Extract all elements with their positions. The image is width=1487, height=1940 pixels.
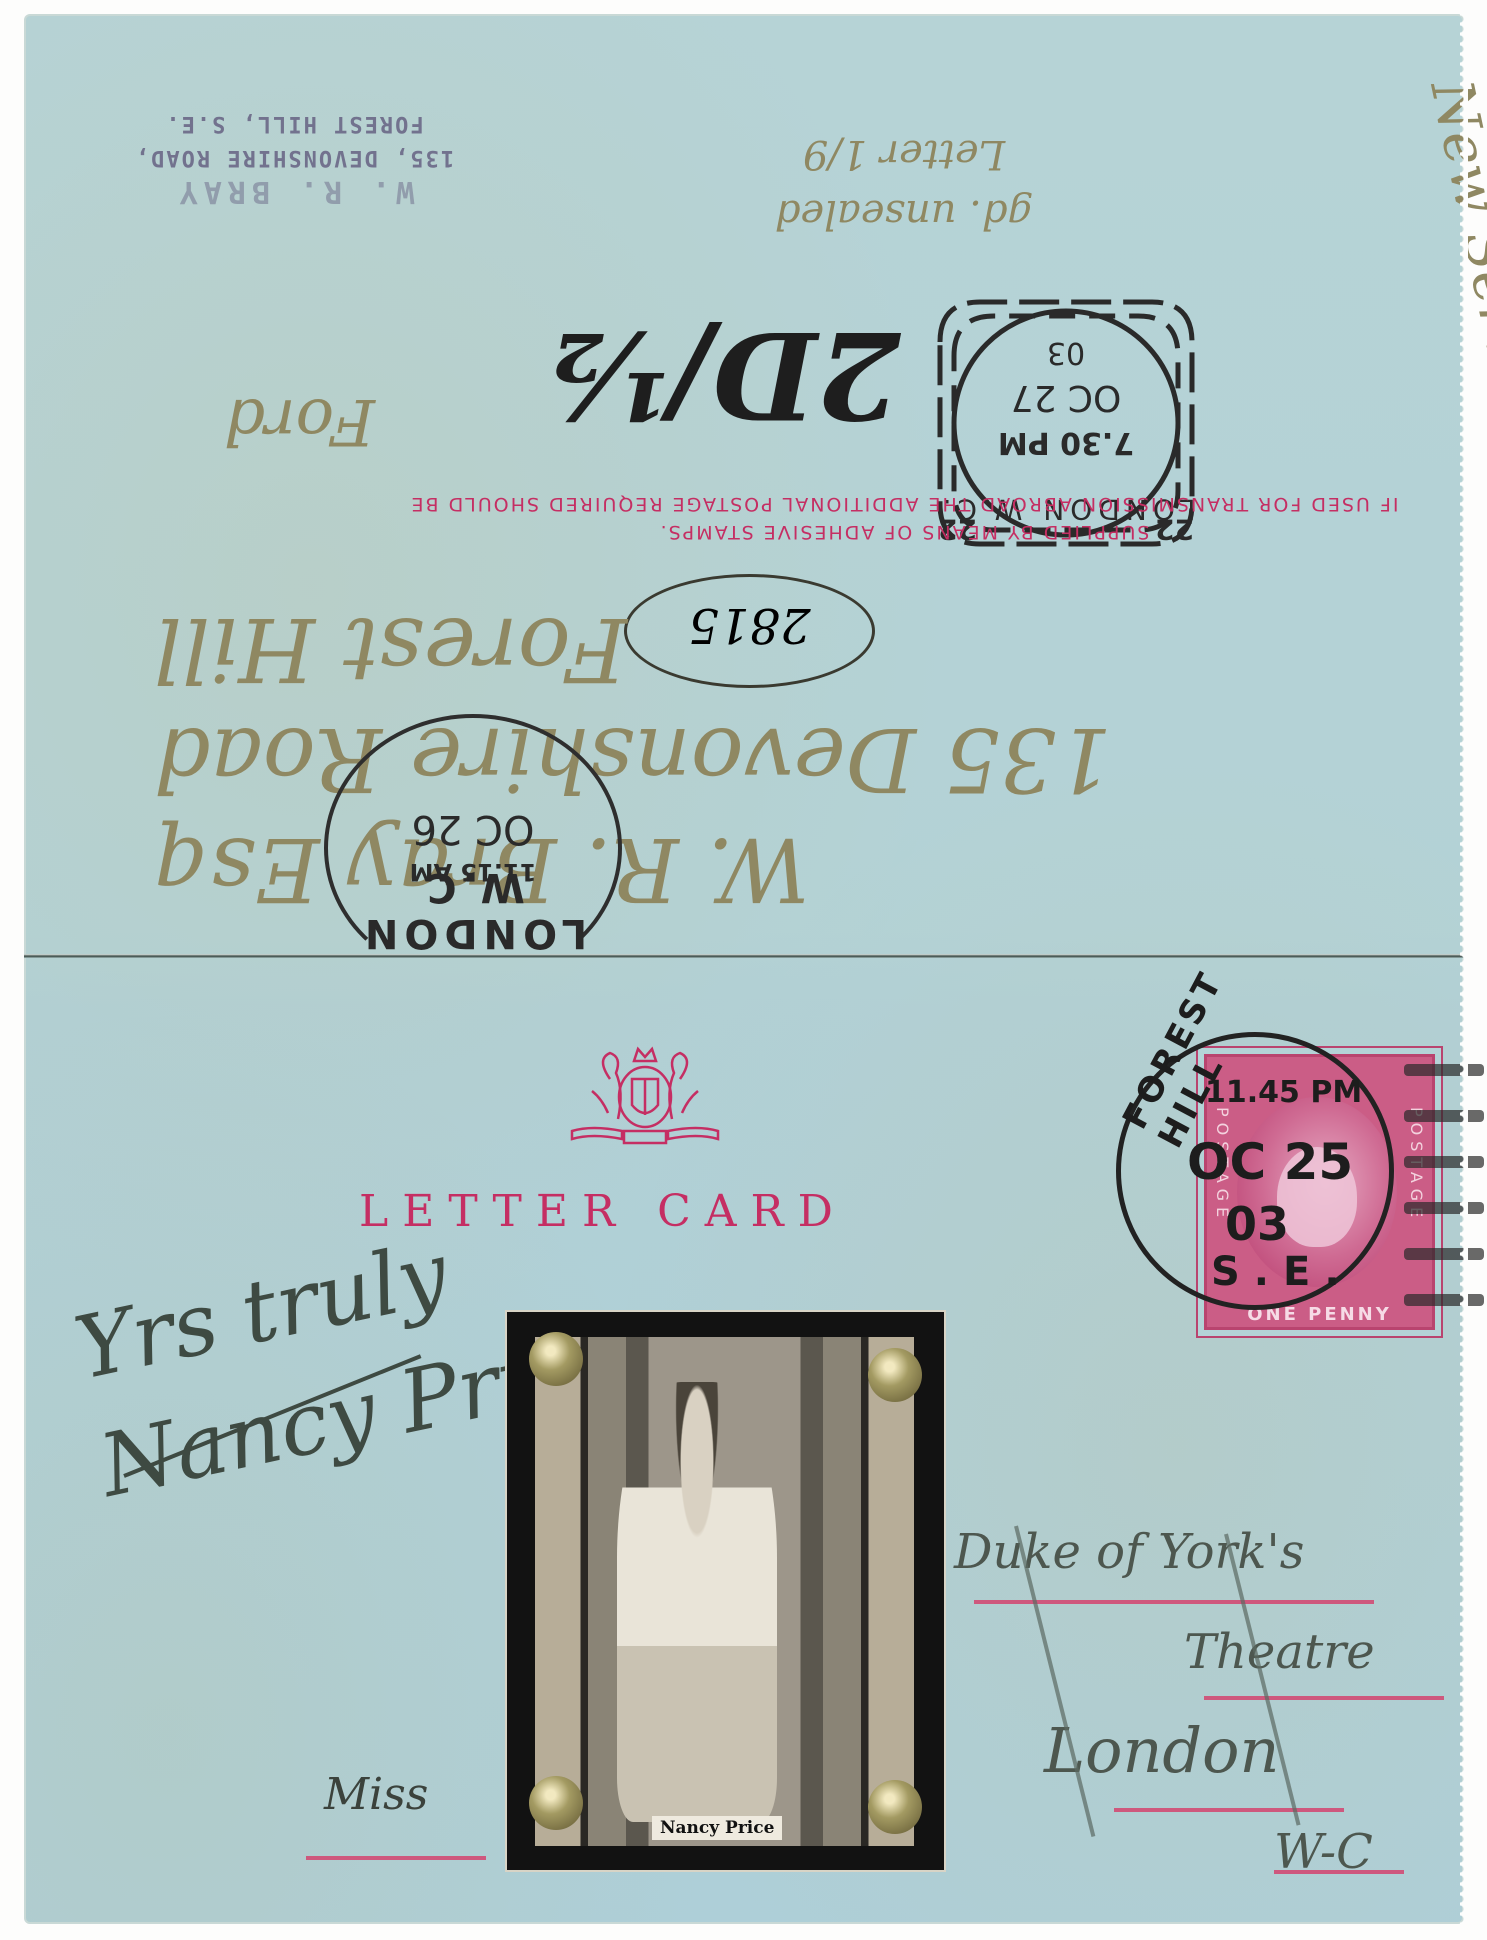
letter-card: W. R. BRAY 135, DEVONSHIRE ROAD, FOREST … [24,14,1464,1924]
sender-name: W. R. BRAY [114,174,474,208]
handwritten-note: gd. unsealed Letter 1/9 [544,124,1264,244]
address-line: Theatre [1184,1624,1375,1680]
printed-notice: SUPPLIED BY MEANS OF ADHESIVE STAMPS. IF… [394,490,1414,546]
address-rule [1114,1808,1344,1812]
notice-line: SUPPLIED BY MEANS OF ADHESIVE STAMPS. [394,518,1414,546]
note-line: Letter 1/9 [544,124,1264,184]
postmark-time: 11.45 PM [1205,1075,1362,1110]
forest-hill-postmark: FOREST HILL 11.45 PM OC 25 03 S.E. [1116,1032,1394,1310]
notice-line: IF USED FOR TRANSMISSION ABROAD THE ADDI… [394,490,1414,518]
brass-rivet-icon [529,1776,583,1830]
sender-street: 135, DEVONSHIRE ROAD, [114,140,474,174]
postmark-date: OC 25 [1187,1133,1353,1191]
address-rule [1204,1696,1444,1700]
postage-due-mark: 2D/½ [544,304,901,445]
vertical-note: New Service [1417,74,1487,453]
note-line: gd. unsealed [544,184,1264,244]
sender-handstamp: W. R. BRAY 135, DEVONSHIRE ROAD, FOREST … [114,106,474,208]
postmark-date: OC 26 [328,806,618,852]
brass-rivet-icon [868,1780,922,1834]
address-rule [1274,1870,1404,1874]
portrait-figure [617,1382,777,1822]
address-line: Duke of York's [954,1524,1304,1580]
photo-card: Nancy Price [505,1310,946,1872]
salutation-rule [306,1856,486,1860]
postmark-date: OC 27 [920,377,1212,418]
brass-rivet-icon [868,1348,922,1402]
postmark-year: 03 [920,335,1212,370]
cancellation-bars [1404,1064,1484,1340]
salutation: Miss [324,1769,428,1820]
postmark-time: 11.15 AM [328,858,618,886]
coat-of-arms-icon [552,1039,738,1149]
photo-caption: Nancy Price [652,1816,782,1840]
address-line: Forest Hill [154,594,1404,704]
sender-town: FOREST HILL, S.E. [114,106,474,140]
postmark-district: S.E. [1211,1249,1354,1295]
handwritten-initial: Ford [224,384,375,458]
brass-rivet-icon [529,1332,583,1386]
postmark-year: 03 [1225,1197,1289,1251]
london-round-postmark: LONDON W.C 11.15 AM OC 26 [324,714,622,982]
postmark-time: 7.30 PM [920,425,1212,460]
